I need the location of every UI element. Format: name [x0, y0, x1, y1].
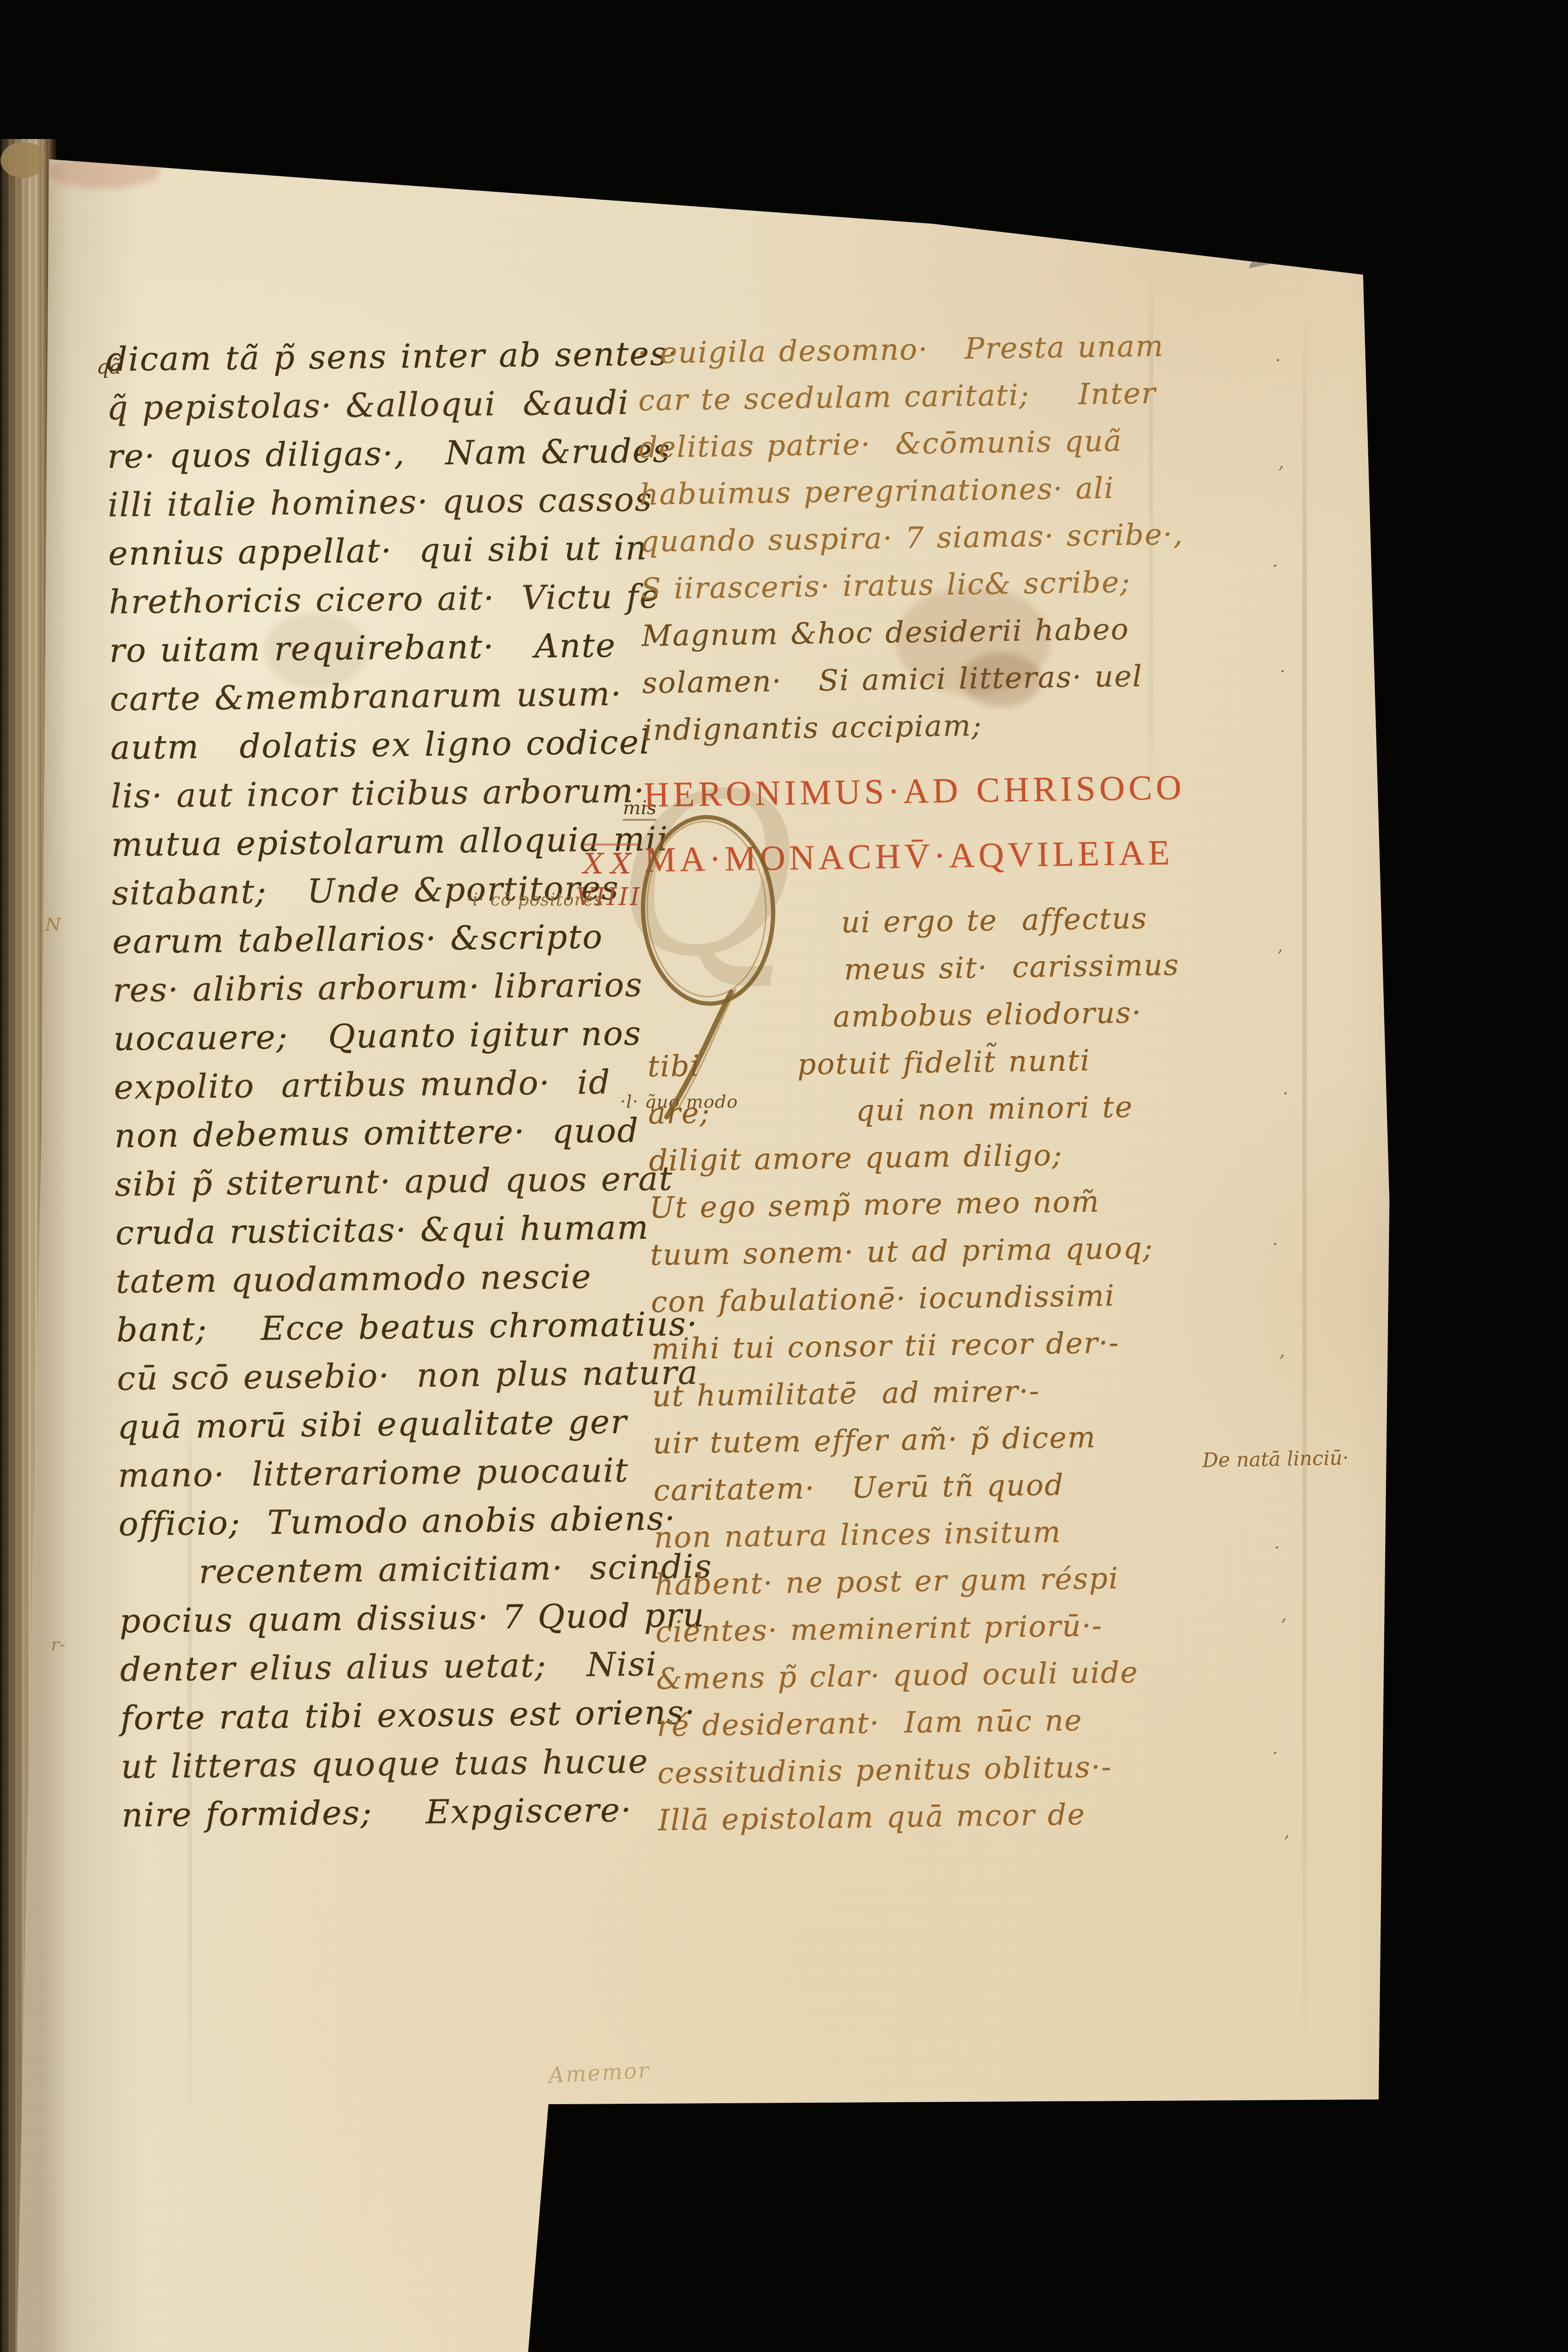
- manuscript-text-line: Illā epistolam quā mcor de: [658, 1787, 1393, 1844]
- manuscript-text-line: earum tabellarios· &scripto: [112, 912, 706, 966]
- manuscript-text-line: tatem quodammodo nescie: [115, 1251, 710, 1306]
- manuscript-text-line: cū scō eusebio· non plus natura: [117, 1348, 711, 1403]
- corrector-tick: ’: [1283, 1832, 1290, 1854]
- manuscript-text-line: ro uitam requirebant· Ante: [109, 621, 703, 675]
- corrector-tick: ·: [1274, 1537, 1280, 1559]
- manuscript-text-line: non debemus omittere· quod: [114, 1106, 708, 1160]
- manuscript-text-line: illi italie homines· quos cassos: [107, 475, 702, 530]
- corrector-tick: ·: [1280, 661, 1286, 682]
- manuscript-text-line: ennius appellat· qui sibi ut in: [108, 523, 702, 578]
- corrector-tick: ·: [1275, 350, 1281, 371]
- corrector-tick: ’: [1278, 463, 1284, 484]
- manuscript-text-line: habuimus peregrinationes· ali: [639, 461, 1375, 518]
- rubric-line-1: HERONIMUS·AD CHRISOCO: [644, 761, 1379, 819]
- manuscript-text-line: res· alibris arborum· librarios: [113, 960, 707, 1015]
- parchment-crease: [188, 1390, 192, 2144]
- corrector-tick: ’: [1277, 946, 1283, 968]
- manuscript-text-line: quando suspira· 7 siamas· scribe·,: [640, 508, 1375, 565]
- manuscript-text-line: &mens p̃ clar· quod oculi uide: [656, 1645, 1391, 1703]
- rubric-line-2: MA·MONACHV̄·AQVILEIAE: [645, 826, 1380, 884]
- corrector-tick: ·: [1272, 1742, 1278, 1764]
- manuscript-text-line: S iirasceris· iratus lic& scribe;: [641, 555, 1376, 612]
- manuscript-text-line: ut litteras quoque tuas hucue: [121, 1737, 715, 1791]
- manuscript-text-line: sibi p̃ stiterunt· apud quos erat: [114, 1154, 709, 1209]
- parchment-crease: [1149, 254, 1153, 820]
- corrector-tick: ’: [1279, 1351, 1285, 1373]
- manuscript-text-line: ré desiderant· Iam nūc ne: [656, 1692, 1392, 1750]
- manuscript-text-line: tuum sonem· ut ad prima quoq;: [650, 1221, 1385, 1279]
- manuscript-text-line: lis· aut incor ticibus arborum·: [111, 766, 705, 821]
- manuscript-text-line: are; qui non minori te: [648, 1080, 1383, 1137]
- manuscript-text-line: uocauere; Quanto igitur nos: [113, 1009, 707, 1063]
- bottom-scribble: Amemor: [548, 2057, 651, 2088]
- interlinear-mis-superscript: mis: [623, 797, 656, 821]
- manuscript-text-line: uir tutem effer am̃· p̃ dicem: [653, 1410, 1388, 1467]
- manuscript-text-line: con fabulationē· iocundissimi: [651, 1268, 1386, 1326]
- manuscript-text-line: pocius quam dissius· 7 Quod pru: [119, 1591, 713, 1646]
- parchment-blemish: [264, 612, 367, 688]
- nota-de-natura-lincium: De natā linciū·: [1202, 1446, 1349, 1471]
- right-column-body: ui ergo te affectusmeus sit· carissimusa…: [645, 891, 1393, 1844]
- folio-number-pencil: 249: [1240, 200, 1359, 280]
- compositores-gloss: ·i· cō positores: [466, 890, 603, 910]
- ink-stain: [961, 653, 1041, 707]
- manuscript-text-line: bant; Ecce beatus chromatius·: [116, 1300, 710, 1355]
- manuscript-text-line: sitabant; Unde &portitores: [112, 863, 706, 918]
- manuscript-text-line: quā morū sibi equalitate ger: [117, 1397, 711, 1452]
- manuscript-text-line: forte rata tibi exosus est oriens·: [120, 1688, 714, 1743]
- manuscript-text-line: solamen· Si amici litteras· uel: [642, 649, 1377, 707]
- corrector-tick: ·: [1282, 1083, 1289, 1104]
- manuscript-text-line: mano· litterariome puocauit: [118, 1445, 712, 1500]
- right-column-opening: · euigila desomno· Presta unamcar te sce…: [637, 319, 1378, 754]
- manuscript-text-line: mihi tui consor tii recor der·-: [651, 1315, 1387, 1373]
- manuscript-text-line: car te scedulam caritati; Inter: [638, 367, 1373, 424]
- manuscript-text-line: denter elius alius uetat; Nisi: [120, 1640, 714, 1694]
- interlinear-qa-note: qã: [97, 355, 121, 378]
- right-text-column: · euigila desomno· Presta unamcar te sce…: [637, 302, 1394, 1862]
- manuscript-text-line: ut humilitatē ad mirer·-: [652, 1363, 1387, 1420]
- manuscript-text-line: ambobus eliodorus·: [646, 986, 1382, 1043]
- manuscript-text-line: carte &membranarum usum·: [110, 669, 704, 724]
- manuscript-text-line: recentem amicitiam· scindis: [119, 1543, 713, 1597]
- manuscript-text-line: re· quos diligas·, Nam &rudes: [107, 426, 701, 481]
- corrector-tick: ’: [1281, 1615, 1287, 1637]
- manuscript-text-line: non natura linces insitum: [654, 1504, 1389, 1561]
- manuscript-text-line: habent· ne post er gum réspi: [654, 1551, 1390, 1609]
- manuscript-text-line: nire formides; Expgiscere·: [121, 1785, 715, 1840]
- manuscript-text-line: expolito artibus mundo· id: [114, 1057, 708, 1112]
- manuscript-text-line: diligit amore quam diligo;: [648, 1127, 1384, 1184]
- initial-q-letter: Q: [612, 762, 801, 990]
- manuscript-photo: 249 dicam tã p̃ sens inter ab sentes·q̃ …: [0, 0, 1568, 2352]
- corrector-tick: ·: [1272, 555, 1278, 577]
- red-quire-numeral-xx: XX: [583, 843, 638, 881]
- manuscript-text-line: delitias patrie· &cōmunis quã: [638, 414, 1374, 471]
- manuscript-text-line: caritatem· Uerū tñ quod: [653, 1457, 1388, 1514]
- manuscript-text-line: q̃ pepistolas· &alloqui &audi: [106, 378, 701, 433]
- manuscript-text-line: mutua epistolarum alloquia mii: [111, 815, 705, 869]
- manuscript-text-line: officio; Tumodo anobis abiens·: [118, 1494, 712, 1549]
- initial-q-drawing: [622, 804, 803, 1130]
- edge-stain: [47, 155, 160, 188]
- manuscript-text-line: Magnum &hoc desiderii habeo: [641, 602, 1377, 660]
- manuscript-text-line: · euigila desomno· Presta unam: [637, 319, 1373, 377]
- initial-q: Q: [622, 804, 803, 1130]
- left-text-column: dicam tã p̃ sens inter ab sentes·q̃ pepi…: [106, 329, 715, 1840]
- red-quire-numeral-viiii: VIIII: [576, 883, 642, 911]
- manuscript-text-line: dicam tã p̃ sens inter ab sentes·: [106, 329, 700, 384]
- manuscript-text-line: autm dolatis ex ligno codicel: [110, 718, 704, 772]
- corrector-tick: ·: [1272, 1233, 1278, 1255]
- manuscript-text-line: hrethoricis cicero ait· Victu fe: [108, 572, 702, 627]
- parchment-page: 249 dicam tã p̃ sens inter ab sentes·q̃ …: [0, 0, 1568, 2352]
- parchment-crease: [1302, 292, 1307, 2097]
- manuscript-text-line: cruda rusticitas· &qui humam: [115, 1203, 709, 1258]
- margin-mark: r-: [51, 1634, 65, 1655]
- margin-mark: N: [45, 914, 61, 935]
- quo-modo-gloss: ·l· q̃uo modo: [620, 1091, 738, 1112]
- ink-stain: [895, 587, 1051, 695]
- manuscript-text-line: indignantis accipiam;: [643, 696, 1378, 754]
- manuscript-text-line: ui ergo te affectus: [645, 891, 1380, 949]
- manuscript-text-line: meus sit· carissimus: [646, 939, 1381, 996]
- manuscript-text-line: tibi potuit fidelit̃ nunti: [647, 1033, 1383, 1090]
- manuscript-text-line: Ut ego semp̃ more meo nom̃: [649, 1174, 1385, 1232]
- manuscript-text-line: cessitudinis penitus oblitus·-: [657, 1739, 1393, 1797]
- manuscript-text-line: cientes· meminerint priorū·-: [655, 1598, 1390, 1656]
